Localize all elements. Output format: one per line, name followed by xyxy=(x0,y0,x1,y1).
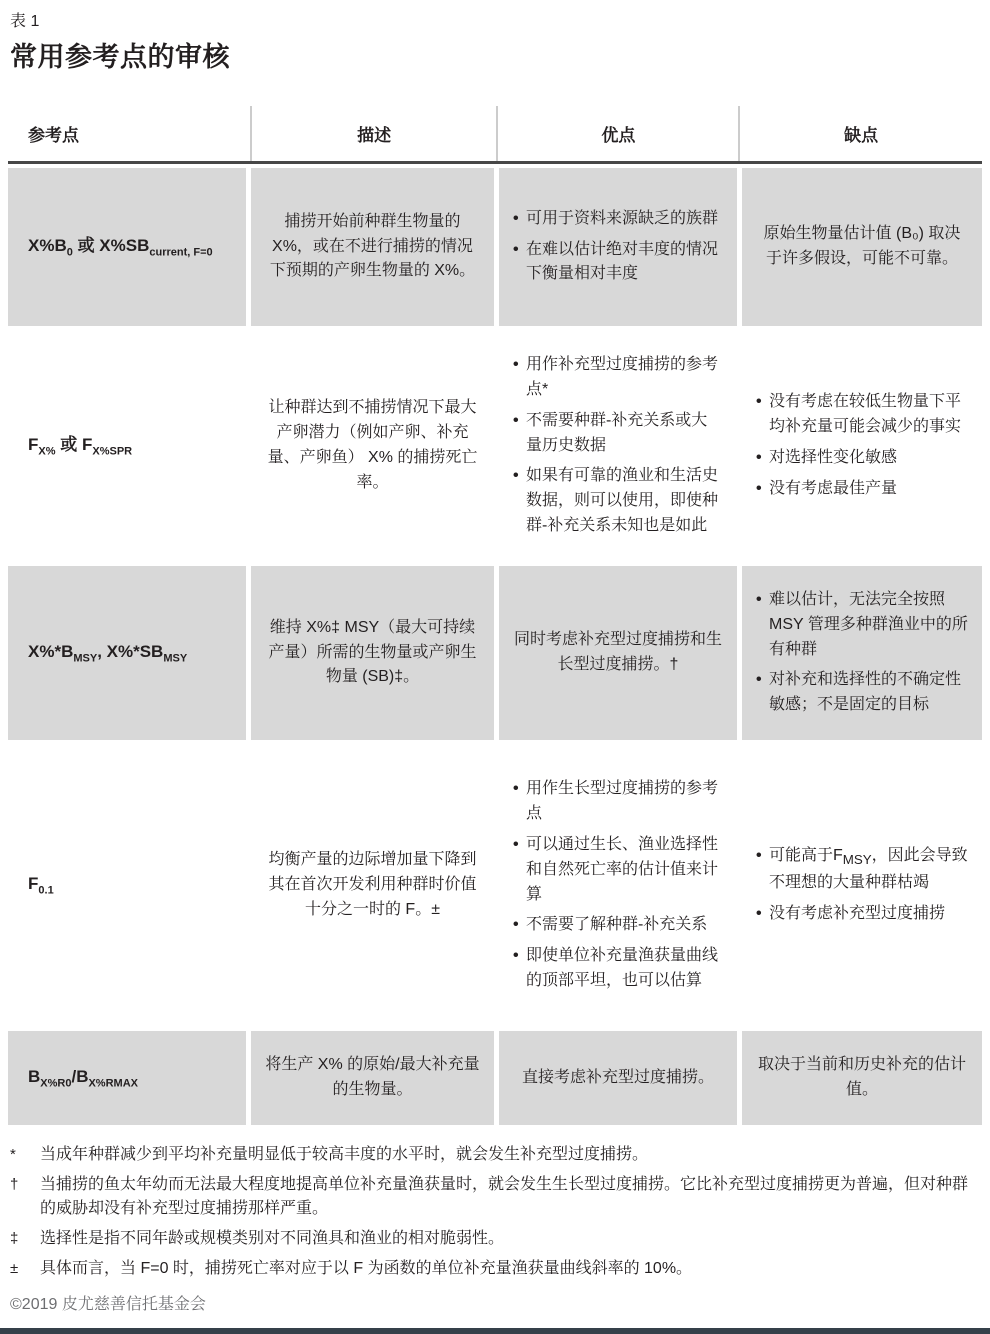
pros-item: 不需要了解种群-补充关系 xyxy=(513,913,723,938)
pros-item: 用作补充型过度捕捞的参考点* xyxy=(513,353,723,403)
pros-cell: 用作生长型过度捕捞的参考点 可以通过生长、渔业选择性和自然死亡率的估计值来计算 … xyxy=(499,744,737,1027)
table-row-xb0: X%B0 或 X%SBcurrent, F=0 捕捞开始前种群生物量的 X%，或… xyxy=(8,168,982,326)
ref-cell-f01: F0.1 xyxy=(8,744,246,1027)
desc-cell: 维持 X%‡ MSY（最大可持续产量）所需的生物量或产卵生物量 (SB)‡。 xyxy=(251,566,494,740)
pros-item: 用作生长型过度捕捞的参考点 xyxy=(513,777,723,827)
ref-subscript: X%RMAX xyxy=(88,1077,138,1089)
cons-item: 没有考虑最佳产量 xyxy=(756,477,968,502)
ref-subscript: MSY xyxy=(163,652,187,664)
cons-item: 可能高于FMSY，因此会导致不理想的大量种群枯竭 xyxy=(756,844,968,896)
footnote: ‡ 选择性是指不同年龄或规模类别对不同渔具和渔业的相对脆弱性。 xyxy=(8,1227,982,1251)
table-row-bmsy: X%*BMSY, X%*SBMSY 维持 X%‡ MSY（最大可持续产量）所需的… xyxy=(8,566,982,740)
pros-item: 如果有可靠的渔业和生活史数据，则可以使用，即使种群-补充关系未知也是如此 xyxy=(513,464,723,538)
footnote-text: 具体而言，当 F=0 时，捕捞死亡率对应于以 F 为函数的单位补充量渔获量曲线斜… xyxy=(40,1257,982,1281)
cons-item: 难以估计，无法完全按照 MSY 管理多种群渔业中的所有种群 xyxy=(756,588,968,662)
ref-cell-bxr: BX%R0/BX%RMAX xyxy=(8,1031,246,1125)
ref-text: X%B xyxy=(28,236,67,255)
ref-subscript: MSY xyxy=(73,652,97,664)
ref-subscript: current, F=0 xyxy=(149,246,212,258)
ref-text: 或 F xyxy=(56,435,93,454)
pros-item: 可以通过生长、渔业选择性和自然死亡率的估计值来计算 xyxy=(513,833,723,907)
column-header-disadvantages: 缺点 xyxy=(738,106,982,161)
ref-subscript: X% xyxy=(38,445,55,457)
footnote-marker: ± xyxy=(10,1257,40,1281)
table-row-f01: F0.1 均衡产量的边际增加量下降到其在首次开发利用种群时价值十分之一时的 F。… xyxy=(8,744,982,1027)
ref-text: /B xyxy=(71,1067,88,1086)
footnote-marker: † xyxy=(10,1173,40,1221)
ref-text: B xyxy=(28,1067,40,1086)
table-label: 表 1 xyxy=(10,8,982,31)
desc-cell: 让种群达到不捕捞情况下最大产卵潜力（例如产卵、补充量、产卵鱼） X% 的捕捞死亡… xyxy=(251,330,494,562)
ref-subscript: X%R0 xyxy=(40,1077,71,1089)
pros-cell: 直接考虑补充型过度捕捞。 xyxy=(499,1031,737,1125)
ref-cell-bmsy: X%*BMSY, X%*SBMSY xyxy=(8,566,246,740)
cons-cell: 取决于当前和历史补充的估计值。 xyxy=(742,1031,982,1125)
column-header-advantages: 优点 xyxy=(496,106,738,161)
ref-text: F xyxy=(28,874,38,893)
footnote-text: 选择性是指不同年龄或规模类别对不同渔具和渔业的相对脆弱性。 xyxy=(40,1227,982,1251)
footnote-text: 当成年种群减少到平均补充量明显低于较高丰度的水平时，就会发生补充型过度捕捞。 xyxy=(40,1143,982,1167)
cons-item: 对选择性变化敏感 xyxy=(756,446,968,471)
ref-cell-fx: FX% 或 FX%SPR xyxy=(8,330,246,562)
cons-cell: 难以估计，无法完全按照 MSY 管理多种群渔业中的所有种群 对补充和选择性的不确… xyxy=(742,566,982,740)
footnote: * 当成年种群减少到平均补充量明显低于较高丰度的水平时，就会发生补充型过度捕捞。 xyxy=(8,1143,982,1167)
ref-cell-xb0: X%B0 或 X%SBcurrent, F=0 xyxy=(8,168,246,326)
footnote-marker: ‡ xyxy=(10,1227,40,1251)
cons-cell: 可能高于FMSY，因此会导致不理想的大量种群枯竭 没有考虑补充型过度捕捞 xyxy=(742,744,982,1027)
cons-item: 没有考虑在较低生物量下平均补充量可能会减少的事实 xyxy=(756,390,968,440)
ref-subscript: X%SPR xyxy=(92,445,132,457)
pros-cell: 同时考虑补充型过度捕捞和生长型过度捕捞。† xyxy=(499,566,737,740)
footnote: ± 具体而言，当 F=0 时，捕捞死亡率对应于以 F 为函数的单位补充量渔获量曲… xyxy=(8,1257,982,1281)
page-bottom-bar xyxy=(0,1328,990,1334)
cons-item: 没有考虑补充型过度捕捞 xyxy=(756,902,968,927)
footnote-text: 当捕捞的鱼太年幼而无法最大程度地提高单位补充量渔获量时，就会发生生长型过度捕捞。… xyxy=(40,1173,982,1221)
table-row-fx: FX% 或 FX%SPR 让种群达到不捕捞情况下最大产卵潜力（例如产卵、补充量、… xyxy=(8,330,982,562)
document-page: 表 1 常用参考点的审核 参考点 描述 优点 缺点 X%B0 或 X%SBcur… xyxy=(0,0,990,1314)
cons-subscript: MSY xyxy=(843,852,872,867)
desc-cell: 将生产 X% 的原始/最大补充量的生物量。 xyxy=(251,1031,494,1125)
ref-text: X%*B xyxy=(28,642,73,661)
footnote-marker: * xyxy=(10,1143,40,1167)
pros-cell: 用作补充型过度捕捞的参考点* 不需要种群-补充关系或大量历史数据 如果有可靠的渔… xyxy=(499,330,737,562)
column-header-description: 描述 xyxy=(250,106,497,161)
footnotes-section: * 当成年种群减少到平均补充量明显低于较高丰度的水平时，就会发生补充型过度捕捞。… xyxy=(8,1143,982,1281)
ref-subscript: 0.1 xyxy=(38,885,53,897)
table-row-bxr: BX%R0/BX%RMAX 将生产 X% 的原始/最大补充量的生物量。 直接考虑… xyxy=(8,1031,982,1125)
desc-cell: 捕捞开始前种群生物量的 X%，或在不进行捕捞的情况下预期的产卵生物量的 X%。 xyxy=(251,168,494,326)
ref-text: , X%*SB xyxy=(97,642,163,661)
cons-cell: 原始生物量估计值 (B₀) 取决于许多假设，可能不可靠。 xyxy=(742,168,982,326)
column-header-reference-point: 参考点 xyxy=(8,106,250,161)
desc-cell: 均衡产量的边际增加量下降到其在首次开发利用种群时价值十分之一时的 F。± xyxy=(251,744,494,1027)
pros-item: 可用于资料来源缺乏的族群 xyxy=(513,207,723,232)
ref-text: 或 X%SB xyxy=(73,236,150,255)
table-header-row: 参考点 描述 优点 缺点 xyxy=(8,106,982,164)
cons-cell: 没有考虑在较低生物量下平均补充量可能会减少的事实 对选择性变化敏感 没有考虑最佳… xyxy=(742,330,982,562)
cons-item: 对补充和选择性的不确定性敏感；不是固定的目标 xyxy=(756,668,968,718)
footnote: † 当捕捞的鱼太年幼而无法最大程度地提高单位补充量渔获量时，就会发生生长型过度捕… xyxy=(8,1173,982,1221)
page-title: 常用参考点的审核 xyxy=(10,35,982,74)
ref-text: F xyxy=(28,435,38,454)
pros-item: 在难以估计绝对丰度的情况下衡量相对丰度 xyxy=(513,238,723,288)
pros-cell: 可用于资料来源缺乏的族群 在难以估计绝对丰度的情况下衡量相对丰度 xyxy=(499,168,737,326)
cons-text: 可能高于F xyxy=(769,847,843,864)
pros-item: 即使单位补充量渔获量曲线的顶部平坦，也可以估算 xyxy=(513,944,723,994)
pros-item: 不需要种群-补充关系或大量历史数据 xyxy=(513,409,723,459)
copyright-notice: ©2019 皮尤慈善信托基金会 xyxy=(8,1291,982,1314)
